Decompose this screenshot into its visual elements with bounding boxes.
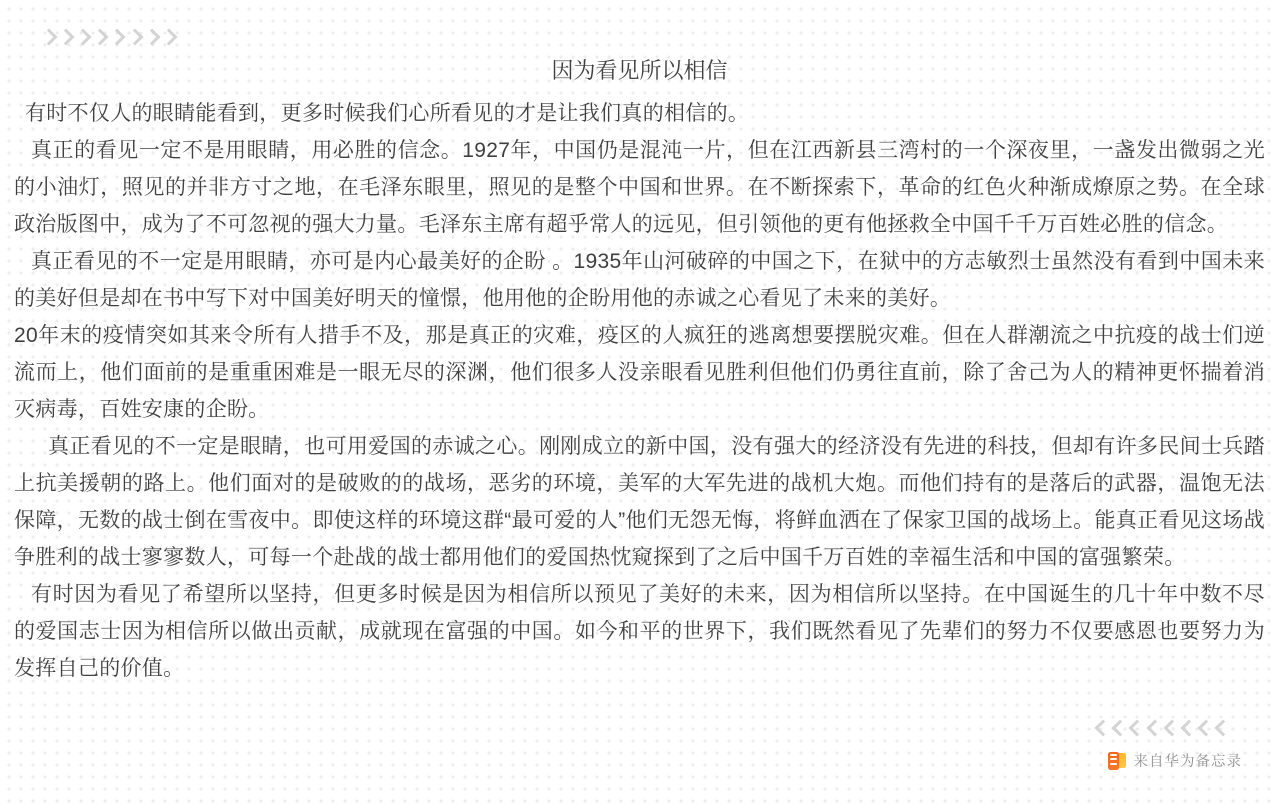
chevron-right-icon [109, 29, 126, 46]
note-page: 因为看见所以相信 有时不仅人的眼睛能看到，更多时候我们心所看见的才是让我们真的相… [0, 0, 1279, 803]
note-paragraph: 真正看见的不一定是用眼睛，亦可是内心最美好的企盼 。1935年山河破碎的中国之下… [14, 243, 1265, 317]
chevron-left-icon [1198, 720, 1215, 737]
chevron-right-icon [92, 29, 109, 46]
chevron-right-icon [160, 29, 177, 46]
note-body: 有时不仅人的眼睛能看到，更多时候我们心所看见的才是让我们真的相信的。 真正的看见… [0, 95, 1279, 687]
note-paragraph: 有时不仅人的眼睛能看到，更多时候我们心所看见的才是让我们真的相信的。 [14, 95, 1265, 132]
chevron-right-icon [126, 29, 143, 46]
chevron-left-icon [1146, 720, 1163, 737]
note-title: 因为看见所以相信 [0, 56, 1279, 85]
note-paragraph: 真正的看见一定不是用眼睛，用必胜的信念。1927年，中国仍是混沌一片，但在江西新… [14, 132, 1265, 243]
huawei-notes-icon [1108, 752, 1126, 770]
source-label: 来自华为备忘录 [1134, 750, 1243, 771]
chevron-right-icon [40, 29, 57, 46]
chevron-left-icon [1215, 720, 1232, 737]
note-paragraph: 20年末的疫情突如其来令所有人措手不及，那是真正的灾难，疫区的人疯狂的逃离想要摆… [14, 317, 1265, 428]
chevron-right-icon [74, 29, 91, 46]
note-paragraph: 真正看见的不一定是眼睛，也可用爱国的赤诚之心。刚刚成立的新中国，没有强大的经济没… [14, 428, 1265, 576]
chevron-left-icon [1112, 720, 1129, 737]
source-attribution: 来自华为备忘录 [1108, 750, 1243, 771]
notes-icon-front-page [1108, 752, 1120, 770]
chevrons-right-decoration [40, 28, 178, 48]
note-paragraph: 有时因为看见了希望所以坚持，但更多时候是因为相信所以预见了美好的未来，因为相信所… [14, 576, 1265, 687]
chevron-right-icon [57, 29, 74, 46]
chevron-left-icon [1181, 720, 1198, 737]
chevron-left-icon [1129, 720, 1146, 737]
chevron-left-icon [1095, 720, 1112, 737]
chevron-left-icon [1163, 720, 1180, 737]
chevron-right-icon [143, 29, 160, 46]
chevrons-left-decoration [1095, 719, 1233, 739]
